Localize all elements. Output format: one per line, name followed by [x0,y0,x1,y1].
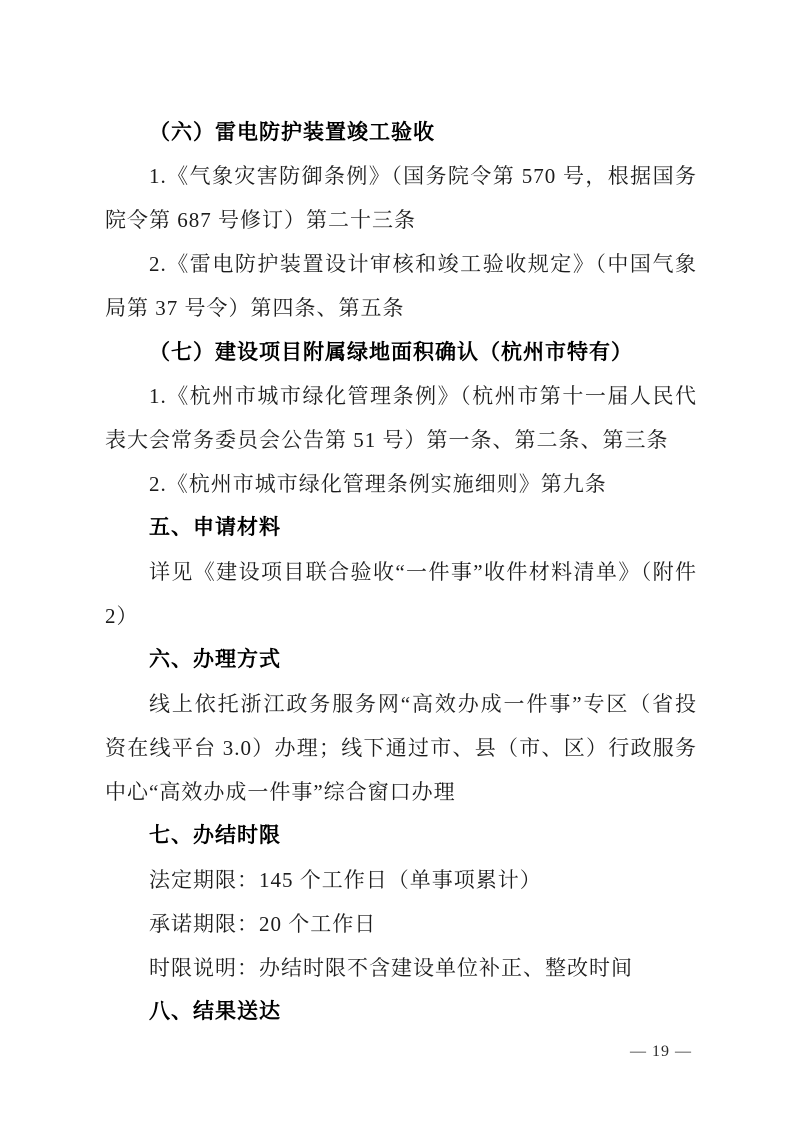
document-page: （六）雷电防护装置竣工验收 1.《气象灾害防御条例》（国务院令第 570 号，根… [0,0,800,1131]
legal-basis-item-7-2: 2.《杭州市城市绿化管理条例实施细则》第九条 [105,462,697,506]
para-deadline-note: 时限说明：办结时限不含建设单位补正、整改时间 [105,946,697,990]
page-number: — 19 — [630,1042,692,1062]
legal-basis-item-7-1: 1.《杭州市城市绿化管理条例》（杭州市第十一届人民代表大会常务委员会公告第 51… [105,374,697,462]
heading-completion-deadline: 七、办结时限 [105,814,697,858]
legal-basis-item-6-1: 1.《气象灾害防御条例》（国务院令第 570 号，根据国务院令第 687 号修订… [105,154,697,242]
heading-application-materials: 五、申请材料 [105,506,697,550]
para-statutory-deadline: 法定期限：145 个工作日（单事项累计） [105,858,697,902]
document-body: （六）雷电防护装置竣工验收 1.《气象灾害防御条例》（国务院令第 570 号，根… [105,110,697,1034]
section-heading-green-area-confirmation: （七）建设项目附属绿地面积确认（杭州市特有） [105,330,697,374]
para-processing-method: 线上依托浙江政务服务网“高效办成一件事”专区（省投资在线平台 3.0）办理；线下… [105,682,697,814]
heading-processing-method: 六、办理方式 [105,638,697,682]
heading-result-delivery: 八、结果送达 [105,990,697,1034]
para-application-materials: 详见《建设项目联合验收“一件事”收件材料清单》（附件 2） [105,550,697,638]
section-heading-lightning-protection-acceptance: （六）雷电防护装置竣工验收 [105,110,697,154]
para-promised-deadline: 承诺期限：20 个工作日 [105,902,697,946]
legal-basis-item-6-2: 2.《雷电防护装置设计审核和竣工验收规定》（中国气象局第 37 号令）第四条、第… [105,242,697,330]
